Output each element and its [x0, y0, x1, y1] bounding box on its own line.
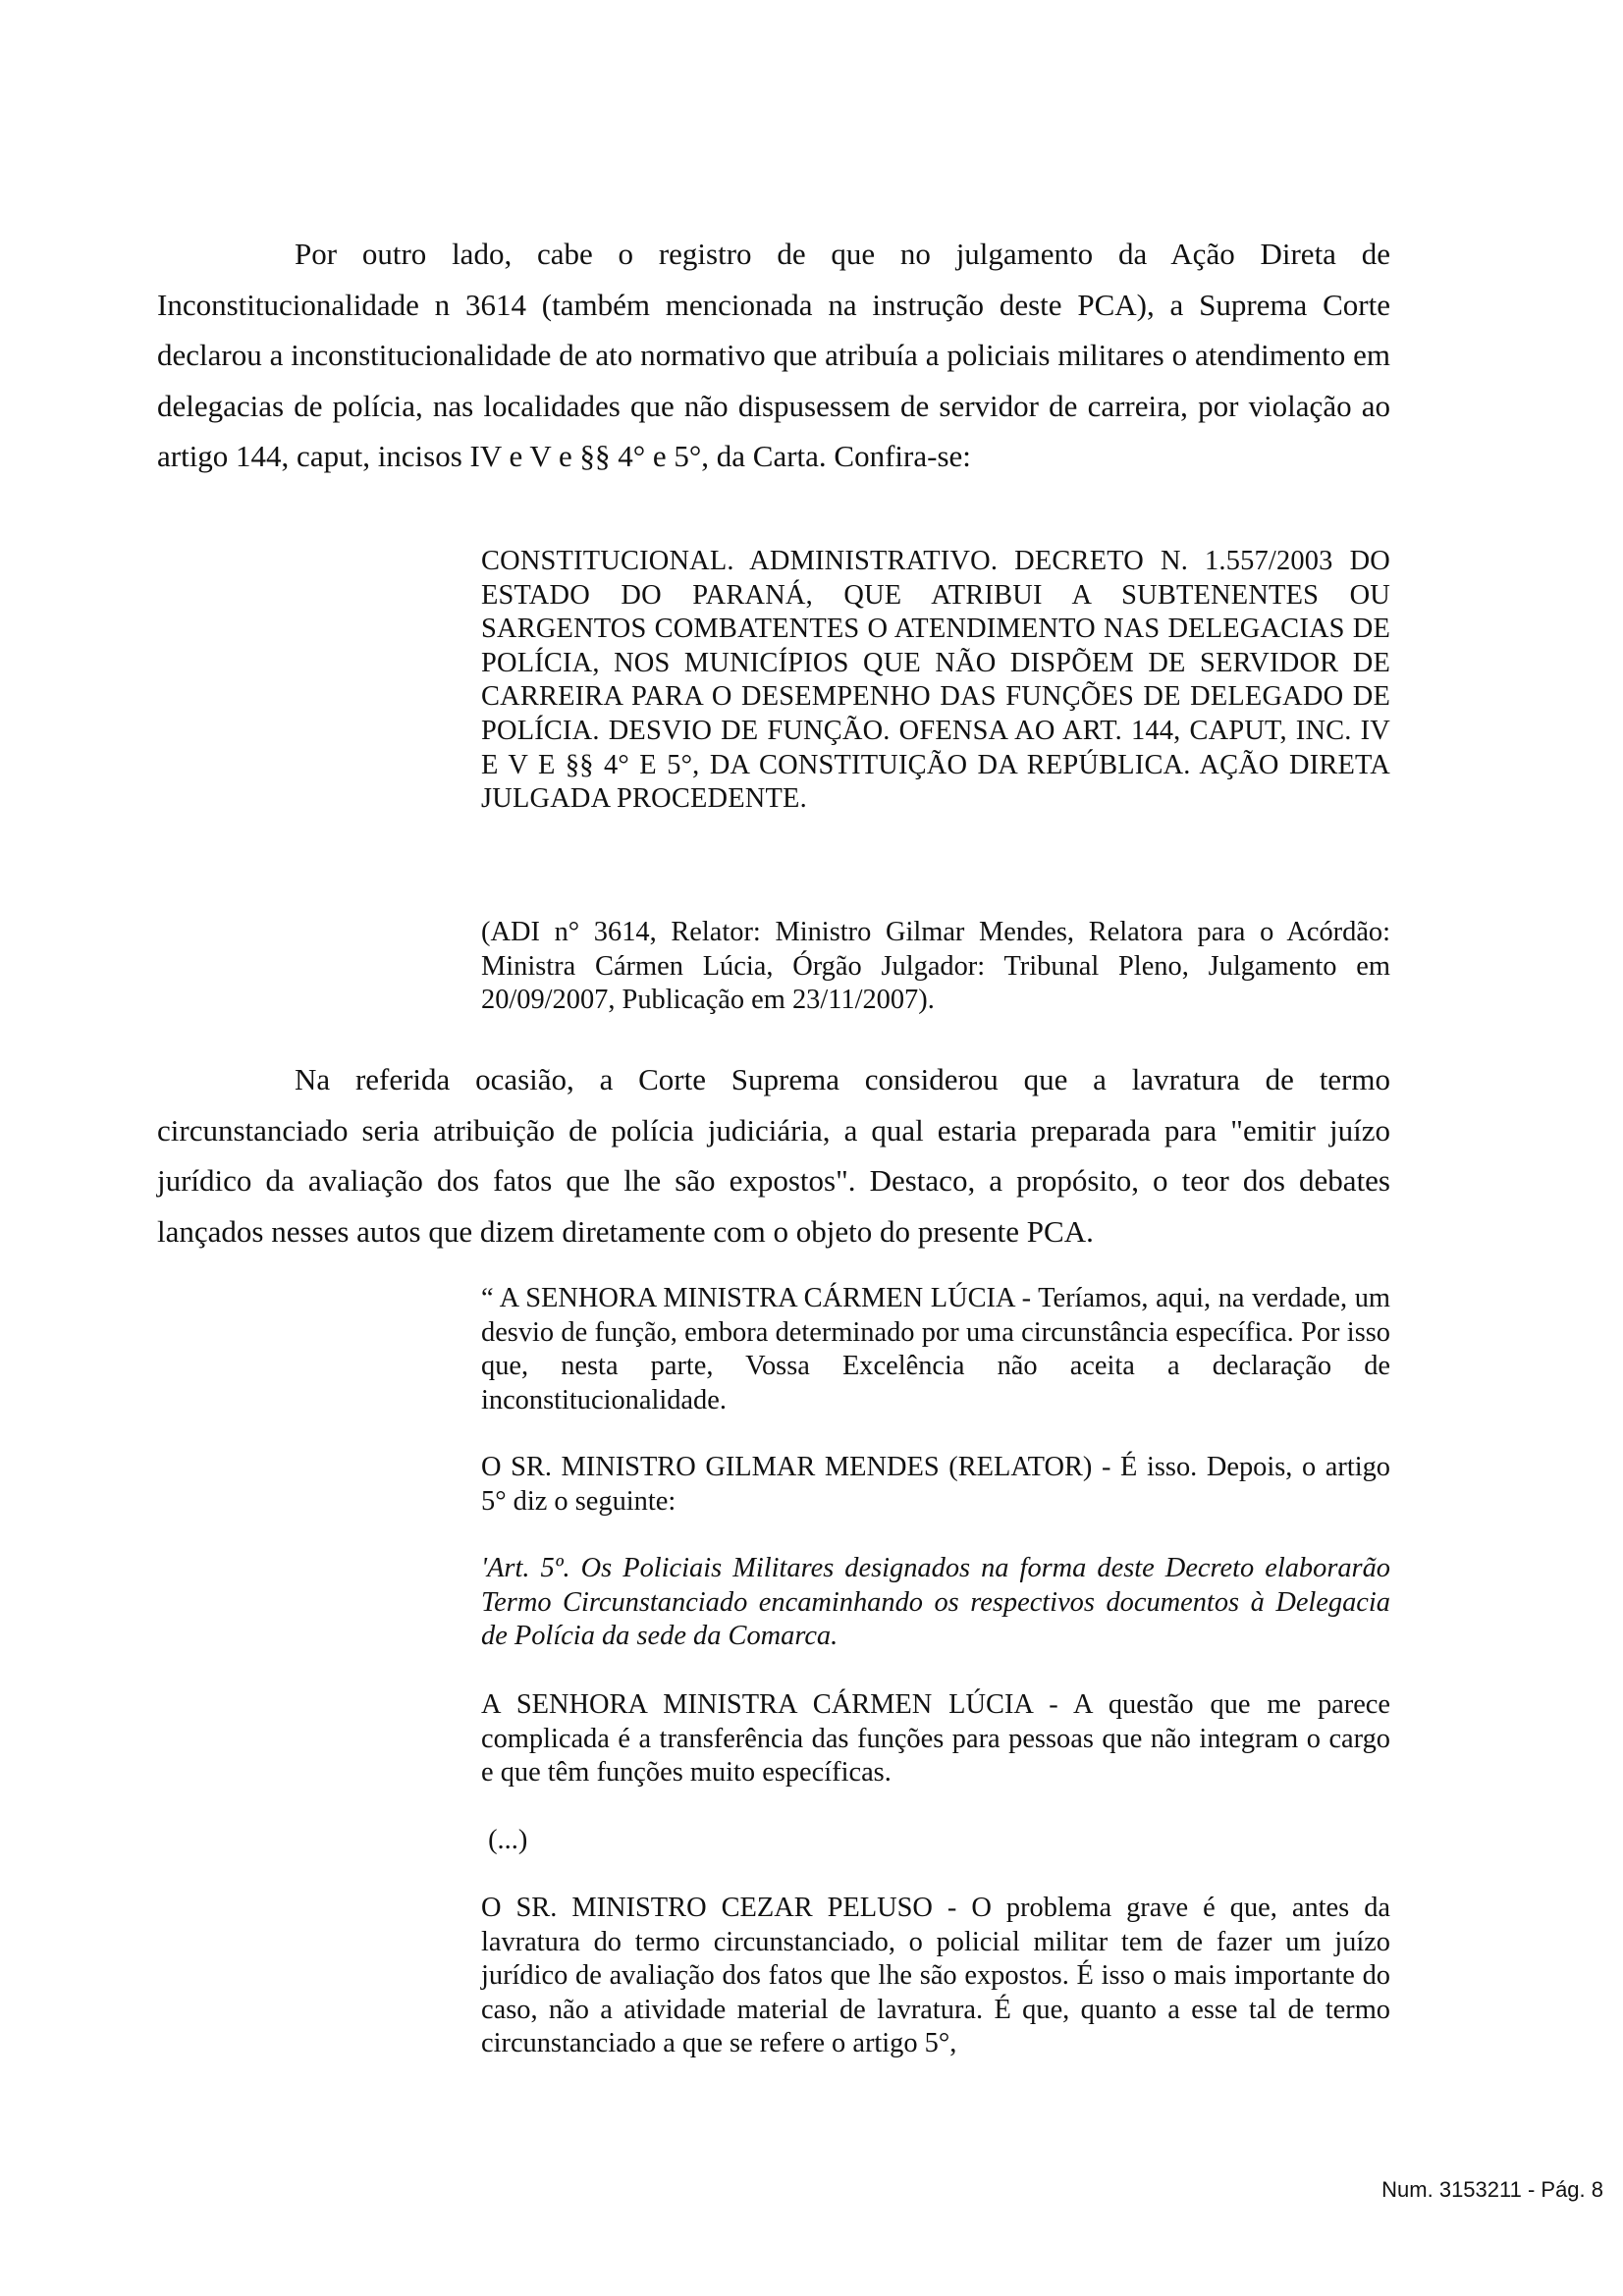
paragraph-corte-suprema-ocasiao: Na referida ocasião, a Corte Suprema con…	[157, 1054, 1390, 1256]
debate-gilmar-mendes: O SR. MINISTRO GILMAR MENDES (RELATOR) -…	[481, 1451, 1390, 1519]
paragraph-text: Por outro lado, cabe o registro de que n…	[157, 237, 1390, 473]
debate-carmen-lucia-2: A SENHORA MINISTRA CÁRMEN LÚCIA - A ques…	[481, 1688, 1390, 1790]
page-number-footer: Num. 3153211 - Pág. 8	[1381, 2177, 1603, 2203]
debate-ellipsis: (...)	[481, 1824, 1390, 1858]
document-page: Por outro lado, cabe o registro de que n…	[0, 0, 1623, 2296]
debate-cezar-peluso: O SR. MINISTRO CEZAR PELUSO - O problema…	[481, 1892, 1390, 2061]
debate-carmen-lucia-1: “ A SENHORA MINISTRA CÁRMEN LÚCIA - Terí…	[481, 1282, 1390, 1417]
paragraph-adi-3614-intro: Por outro lado, cabe o registro de que n…	[157, 229, 1390, 482]
paragraph-text: Na referida ocasião, a Corte Suprema con…	[157, 1062, 1390, 1249]
ementa-citation: (ADI n° 3614, Relator: Ministro Gilmar M…	[481, 916, 1390, 1018]
debate-art-5-quote: 'Art. 5º. Os Policiais Militares designa…	[481, 1552, 1390, 1654]
ementa-quote: CONSTITUCIONAL. ADMINISTRATIVO. DECRETO …	[481, 545, 1390, 817]
